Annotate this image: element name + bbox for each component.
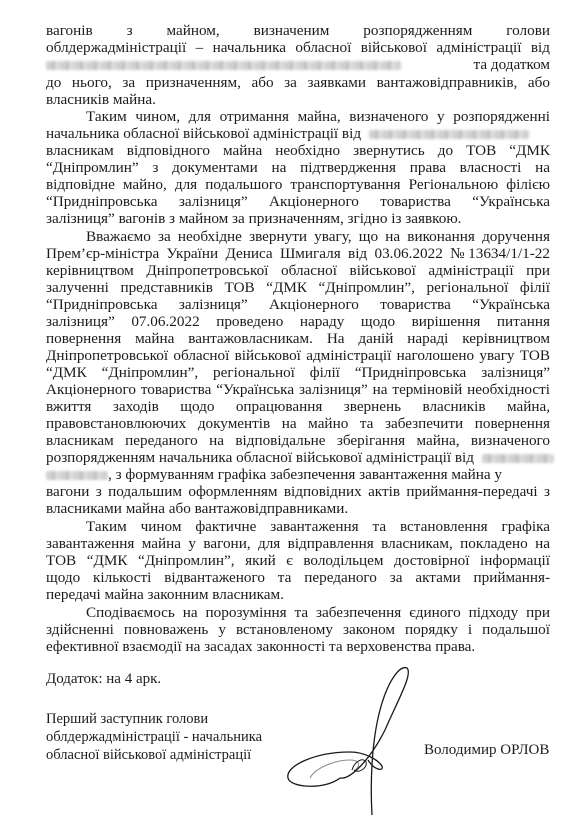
text-line: Сподіваємось на порозуміння та забезпече… [86, 604, 550, 621]
signatory-title: Перший заступник голови облдержадміністр… [46, 710, 262, 764]
text-line: залученні представників ТОВ “ДМК “Дніпро… [46, 279, 550, 296]
text-line: Таким чином фактичне завантаження та вст… [86, 518, 550, 535]
text-line: щодо кількості відвантаженого та передан… [46, 569, 550, 586]
redacted-text [369, 130, 529, 139]
text-line: начальника обласної військової адміністр… [46, 125, 550, 142]
text-line: та додатком [46, 56, 550, 73]
text-line: , з формуванням графіка забезпечення зав… [46, 466, 550, 483]
text-line: “Дніпромлин” з документами на підтвердже… [46, 159, 550, 176]
text-line: Дніпропетровської обласної військової ад… [46, 347, 550, 364]
text-line: правовстановлюючих документів на майно т… [46, 415, 550, 432]
text-fragment: та додатком [474, 56, 550, 73]
text-line: завантаження майна у вагони, для відправ… [46, 535, 550, 552]
text-line: розпорядженням начальника обласної війсь… [46, 449, 550, 466]
text-line: вагонів з майном, визначеним розпоряджен… [46, 22, 550, 39]
text-line: до нього, за призначенням, або за заявка… [46, 74, 550, 91]
text-line: власниками майна або вантажовідправникам… [46, 500, 550, 517]
text-line: ефективної взаємодії на засадах законнос… [46, 638, 550, 655]
text-line: власникам відповідного майна необхідно з… [46, 142, 550, 159]
signatory-title-line: обласної військової адміністрації [46, 746, 262, 764]
text-line: відповідне майно, для подальшого транспо… [46, 176, 550, 193]
text-line: Таким чином, для отримання майна, визнач… [86, 108, 550, 125]
text-fragment: , з формуванням графіка забезпечення зав… [108, 466, 502, 483]
redacted-text [46, 61, 401, 70]
text-line: залізниця” 07.06.2022 проведено нараду щ… [46, 313, 550, 330]
text-fragment: розпорядженням начальника обласної війсь… [46, 449, 474, 466]
text-line: власників майна. [46, 91, 550, 108]
redacted-text [482, 454, 554, 463]
text-line: Акціонерного товариства “Українська залі… [46, 381, 550, 398]
handwritten-signature-icon [270, 660, 430, 820]
text-line: повернення майна вантажовласникам. На да… [46, 330, 550, 347]
text-line: “Придніпровська залізниця” Акціонерного … [46, 193, 550, 210]
redacted-text [46, 471, 108, 480]
text-line: вагони з подальшим оформленням відповідн… [46, 483, 550, 500]
attachment-note: Додаток: на 4 арк. [46, 671, 161, 688]
text-line: облдержадміністрації – начальника обласн… [46, 39, 550, 56]
text-line: власникам переданого на відповідальне зб… [46, 432, 550, 449]
text-line: Прем’єр-міністра України Дениса Шмигаля … [46, 245, 550, 262]
signatory-title-line: Перший заступник голови [46, 710, 262, 728]
text-line: “Придніпровська залізниця” Акціонерного … [46, 296, 550, 313]
text-line: здійсненні повноважень у встановленому з… [46, 621, 550, 638]
text-line: залізниця” вагонів з майном за призначен… [46, 210, 550, 227]
text-line: передачі майна законним власникам. [46, 586, 550, 603]
signatory-title-line: облдержадміністрації - начальника [46, 728, 262, 746]
text-line: “ДМК “Дніпромлин”, регіональної філії “П… [46, 364, 550, 381]
signatory-name: Володимир ОРЛОВ [424, 742, 549, 759]
text-line: Вважаємо за необхідне звернути увагу, що… [86, 228, 550, 245]
text-line: керівництвом Дніпропетровської обласної … [46, 262, 550, 279]
text-fragment: начальника обласної військової адміністр… [46, 125, 361, 142]
letter-page: вагонів з майном, визначеним розпоряджен… [0, 0, 575, 822]
text-line: ТОВ “ДМК “Дніпромлин”, який є володільце… [46, 552, 550, 569]
text-line: вжиття заходів щодо опрацювання звернень… [46, 398, 550, 415]
